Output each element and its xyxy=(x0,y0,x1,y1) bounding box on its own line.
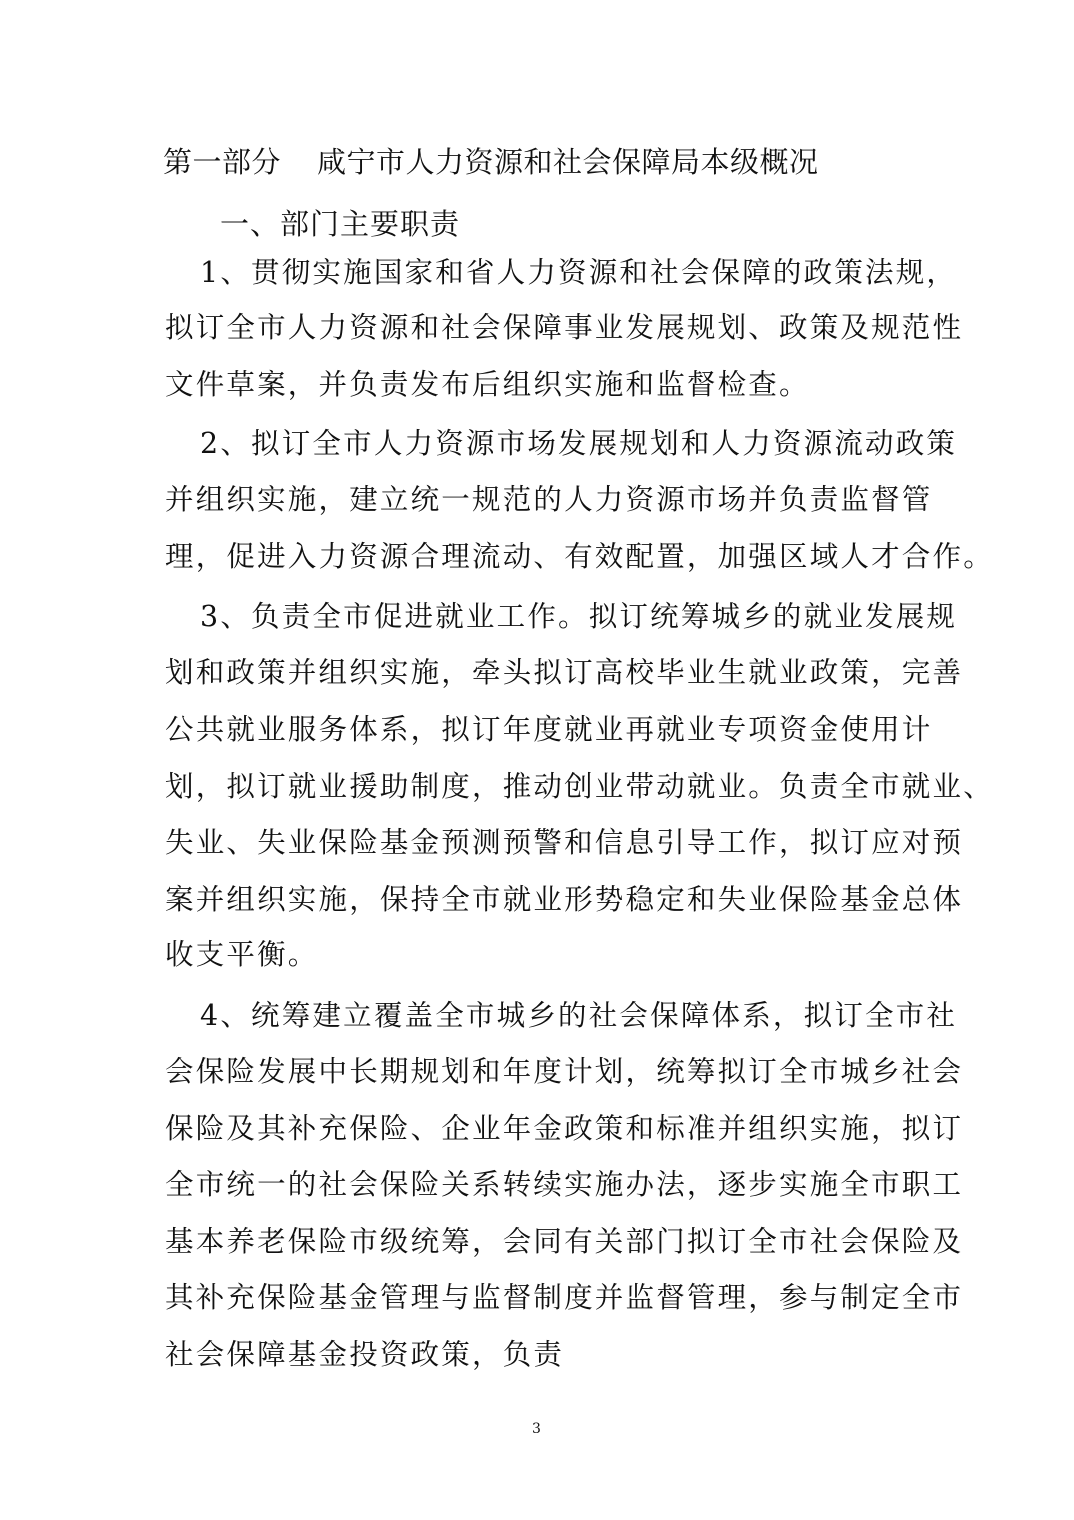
title-text: 咸宁市人力资源和社会保障局本级概况 xyxy=(317,145,819,179)
body-line: 基本养老保险市级统筹，会同有关部门拟订全市社会保险及 xyxy=(165,1219,963,1260)
body-line: 收支平衡。 xyxy=(165,932,319,973)
body-line: 1、贯彻实施国家和省人力资源和社会保障的政策法规， xyxy=(200,250,957,291)
body-line: 划和政策并组织实施，牵头拟订高校毕业生就业政策，完善 xyxy=(165,650,963,691)
body-line: 保险及其补充保险、企业年金政策和标准并组织实施，拟订 xyxy=(165,1106,963,1147)
page-title: 第一部分咸宁市人力资源和社会保障局本级概况 xyxy=(163,140,819,181)
body-line: 并组织实施，建立统一规范的人力资源市场并负责监督管 xyxy=(165,477,933,518)
section-heading: 一、部门主要职责 xyxy=(220,202,460,243)
body-line: 全市统一的社会保险关系转续实施办法，逐步实施全市职工 xyxy=(165,1162,963,1203)
body-line: 2、拟订全市人力资源市场发展规划和人力资源流动政策 xyxy=(200,421,957,462)
body-line: 文件草案，并负责发布后组织实施和监督检查。 xyxy=(165,362,810,403)
page-number: 3 xyxy=(532,1421,541,1437)
body-line: 案并组织实施，保持全市就业形势稳定和失业保险基金总体 xyxy=(165,877,963,918)
body-line: 3、负责全市促进就业工作。拟订统筹城乡的就业发展规 xyxy=(200,594,957,635)
body-line: 公共就业服务体系，拟订年度就业再就业专项资金使用计 xyxy=(165,707,933,748)
body-line: 4、统筹建立覆盖全市城乡的社会保障体系，拟订全市社 xyxy=(200,993,957,1034)
body-line: 理，促进入力资源合理流动、有效配置，加强区域人才合作。 xyxy=(165,534,994,575)
body-line: 拟订全市人力资源和社会保障事业发展规划、政策及规范性 xyxy=(165,305,963,346)
body-line: 会保险发展中长期规划和年度计划，统筹拟订全市城乡社会 xyxy=(165,1049,963,1090)
body-line: 失业、失业保险基金预测预警和信息引导工作，拟订应对预 xyxy=(165,820,963,861)
title-part: 第一部分 xyxy=(163,145,281,179)
body-line: 社会保障基金投资政策，负责 xyxy=(165,1332,564,1373)
body-line: 划，拟订就业援助制度，推动创业带动就业。负责全市就业、 xyxy=(165,764,994,805)
body-line: 其补充保险基金管理与监督制度并监督管理，参与制定全市 xyxy=(165,1275,963,1316)
